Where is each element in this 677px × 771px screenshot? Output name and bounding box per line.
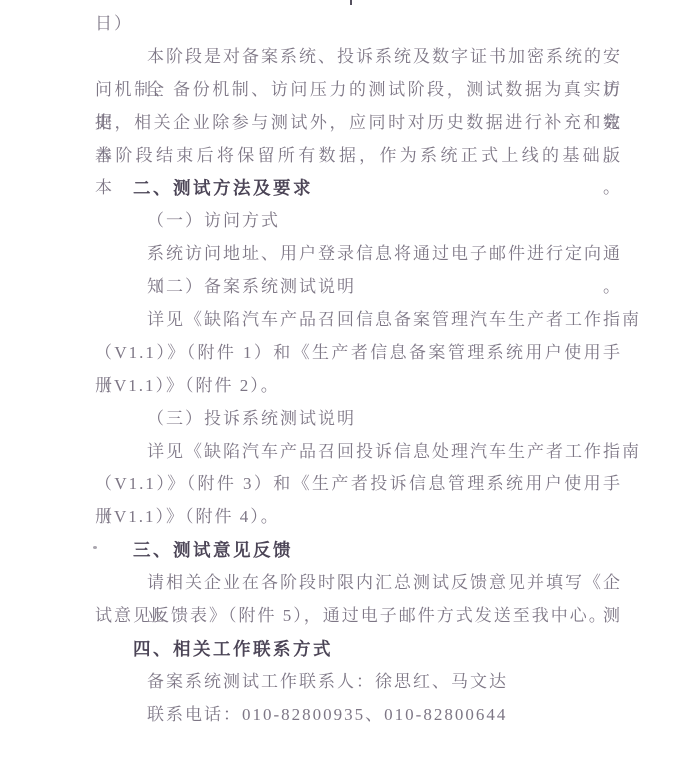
text-line: 系统访问地址、用户登录信息将通过电子邮件进行定向通知。 — [95, 238, 622, 271]
text-line: 详见《缺陷汽车产品召回信息备案管理汽车生产者工作指南 — [95, 304, 622, 337]
text-line: 请相关企业在各阶段时限内汇总测试反馈意见并填写《企业测 — [95, 567, 622, 600]
text-line: 据，相关企业除参与测试外，应同时对历史数据进行补充和完善。 — [95, 107, 622, 140]
contact-phone-line: 联系电话：010-82800935、010-82800644 — [95, 699, 622, 732]
text-line: （V1.1）》（附件 4）。 — [95, 501, 622, 534]
scan-artifact-tick — [350, 0, 352, 5]
text-line: 本阶段结束后将保留所有数据，作为系统正式上线的基础版本。 — [95, 140, 622, 173]
document-page: 日） 本阶段是对备案系统、投诉系统及数字证书加密系统的安全访 问机制、备份机制、… — [0, 0, 677, 771]
subheading-complaint-system-test: （三）投诉系统测试说明 — [95, 403, 622, 436]
document-body: 日） 本阶段是对备案系统、投诉系统及数字证书加密系统的安全访 问机制、备份机制、… — [95, 8, 622, 732]
text-line: （V1.1）》（附件 3）和《生产者投诉信息管理系统用户使用手册 — [95, 468, 622, 501]
text-line: 问机制、备份机制、访问压力的测试阶段，测试数据为真实历史数 — [95, 74, 622, 107]
heading-contact-info: 四、相关工作联系方式 — [95, 633, 622, 666]
text-line: （V1.1）》（附件 2）。 — [95, 370, 622, 403]
subheading-access-method: （一）访问方式 — [95, 205, 622, 238]
text-line: 日） — [95, 8, 622, 41]
text-line: 试意见反馈表》（附件 5），通过电子邮件方式发送至我中心。 — [95, 600, 622, 633]
heading-test-feedback: 三、测试意见反馈 — [95, 534, 622, 567]
text-line: （V1.1）》（附件 1）和《生产者信息备案管理系统用户使用手册 — [95, 337, 622, 370]
text-line: 本阶段是对备案系统、投诉系统及数字证书加密系统的安全访 — [95, 41, 622, 74]
text-line: 详见《缺陷汽车产品召回投诉信息处理汽车生产者工作指南 — [95, 436, 622, 469]
contact-persons-line: 备案系统测试工作联系人：徐思红、马文达 — [95, 666, 622, 699]
